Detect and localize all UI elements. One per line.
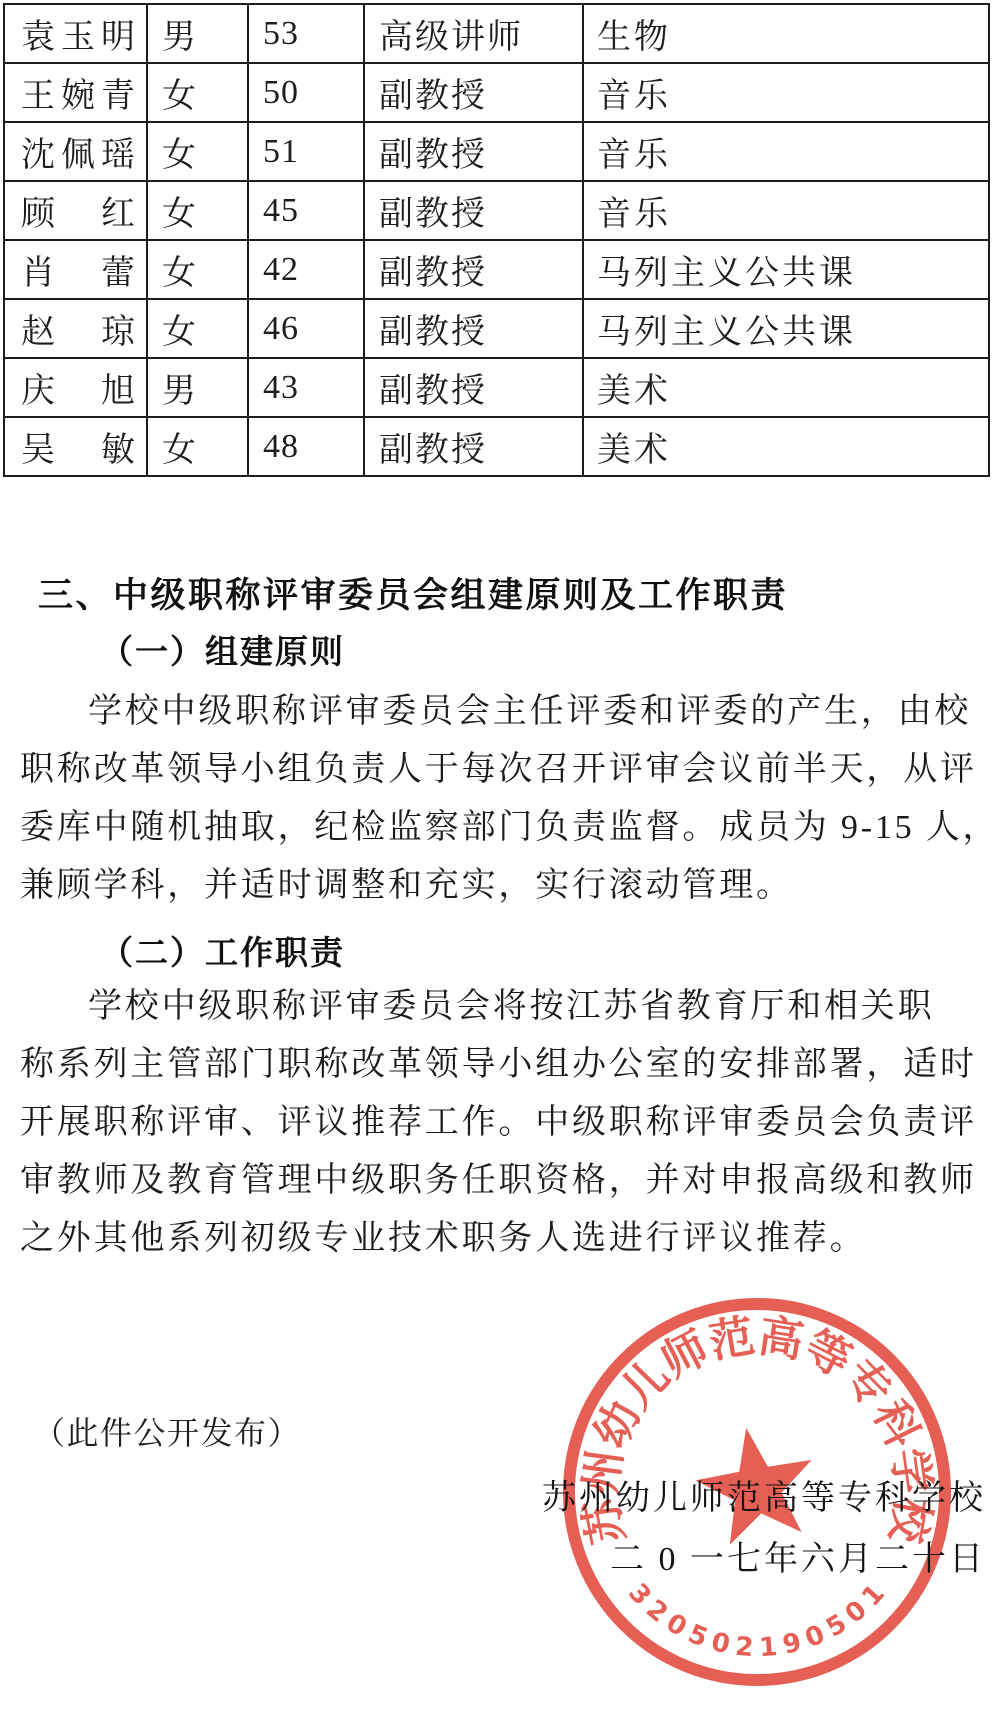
paragraph-line: 学校中级职称评审委员会将按江苏省教育厅和相关职 xyxy=(20,978,988,1036)
cell-gender: 女 xyxy=(147,122,248,181)
section-heading: 三、中级职称评审委员会组建原则及工作职责 xyxy=(38,568,788,618)
subsection2-heading: （二）工作职责 xyxy=(100,927,345,974)
cell-name: 王婉青 xyxy=(4,63,147,122)
paragraph-line: 职称改革领导小组负责人于每次召开评审会议前半天，从评 xyxy=(20,741,988,799)
cell-gender: 男 xyxy=(147,358,248,417)
cell-subject: 美术 xyxy=(583,358,989,417)
cell-name: 吴 敏 xyxy=(4,417,147,476)
cell-subject: 音乐 xyxy=(583,122,989,181)
cell-subject: 音乐 xyxy=(583,63,989,122)
public-release-note: （此件公开发布） xyxy=(33,1408,301,1454)
cell-subject: 生物 xyxy=(583,4,989,63)
cell-name: 赵 琼 xyxy=(4,299,147,358)
paragraph-1: 学校中级职称评审委员会主任评委和评委的产生，由校 职称改革领导小组负责人于每次召… xyxy=(20,683,988,915)
cell-title: 副教授 xyxy=(364,63,583,122)
subsection1-heading: （一）组建原则 xyxy=(100,626,345,673)
cell-age: 45 xyxy=(248,181,364,240)
cell-name: 袁玉明 xyxy=(4,4,147,63)
paragraph-line: 学校中级职称评审委员会主任评委和评委的产生，由校 xyxy=(20,683,988,741)
document-page: { "table": { "rows": [ {"name":"袁玉明","ge… xyxy=(0,0,1000,1717)
cell-title: 高级讲师 xyxy=(364,4,583,63)
table-row: 庆 旭 男 43 副教授 美术 xyxy=(4,358,989,417)
cell-gender: 女 xyxy=(147,299,248,358)
cell-gender: 女 xyxy=(147,240,248,299)
cell-title: 副教授 xyxy=(364,358,583,417)
table-row: 沈佩瑶 女 51 副教授 音乐 xyxy=(4,122,989,181)
cell-title: 副教授 xyxy=(364,181,583,240)
cell-age: 50 xyxy=(248,63,364,122)
table-row: 肖 蕾 女 42 副教授 马列主义公共课 xyxy=(4,240,989,299)
cell-age: 46 xyxy=(248,299,364,358)
table-row: 顾 红 女 45 副教授 音乐 xyxy=(4,181,989,240)
cell-name: 庆 旭 xyxy=(4,358,147,417)
paragraph-line: 开展职称评审、评议推荐工作。中级职称评审委员会负责评 xyxy=(20,1094,988,1152)
cell-title: 副教授 xyxy=(364,299,583,358)
cell-subject: 音乐 xyxy=(583,181,989,240)
paragraph-line: 兼顾学科，并适时调整和充实，实行滚动管理。 xyxy=(20,857,988,915)
table-row: 袁玉明 男 53 高级讲师 生物 xyxy=(4,4,989,63)
cell-age: 53 xyxy=(248,4,364,63)
cell-gender: 女 xyxy=(147,63,248,122)
signature-date: 二 0 一七年六月二十日 xyxy=(0,1531,986,1580)
signature-org-name: 苏州幼儿师范高等专科学校 xyxy=(0,1470,986,1519)
cell-title: 副教授 xyxy=(364,417,583,476)
cell-gender: 女 xyxy=(147,417,248,476)
cell-age: 43 xyxy=(248,358,364,417)
paragraph-line: 审教师及教育管理中级职务任职资格，并对申报高级和教师 xyxy=(20,1152,988,1210)
cell-age: 51 xyxy=(248,122,364,181)
paragraph-line: 委库中随机抽取，纪检监察部门负责监督。成员为 9-15 人， xyxy=(20,799,988,857)
cell-gender: 女 xyxy=(147,181,248,240)
cell-name: 肖 蕾 xyxy=(4,240,147,299)
cell-name: 顾 红 xyxy=(4,181,147,240)
cell-subject: 马列主义公共课 xyxy=(583,299,989,358)
cell-subject: 马列主义公共课 xyxy=(583,240,989,299)
cell-gender: 男 xyxy=(147,4,248,63)
table-row: 吴 敏 女 48 副教授 美术 xyxy=(4,417,989,476)
cell-subject: 美术 xyxy=(583,417,989,476)
cell-title: 副教授 xyxy=(364,122,583,181)
table-row: 赵 琼 女 46 副教授 马列主义公共课 xyxy=(4,299,989,358)
paragraph-line: 称系列主管部门职称改革领导小组办公室的安排部署，适时 xyxy=(20,1036,988,1094)
cell-age: 48 xyxy=(248,417,364,476)
paragraph-line: 之外其他系列初级专业技术职务人选进行评议推荐。 xyxy=(20,1210,988,1268)
cell-title: 副教授 xyxy=(364,240,583,299)
cell-name: 沈佩瑶 xyxy=(4,122,147,181)
table-row: 王婉青 女 50 副教授 音乐 xyxy=(4,63,989,122)
personnel-table: 袁玉明 男 53 高级讲师 生物 王婉青 女 50 副教授 音乐 沈佩瑶 女 5… xyxy=(3,3,990,477)
cell-age: 42 xyxy=(248,240,364,299)
paragraph-2: 学校中级职称评审委员会将按江苏省教育厅和相关职 称系列主管部门职称改革领导小组办… xyxy=(20,978,988,1268)
